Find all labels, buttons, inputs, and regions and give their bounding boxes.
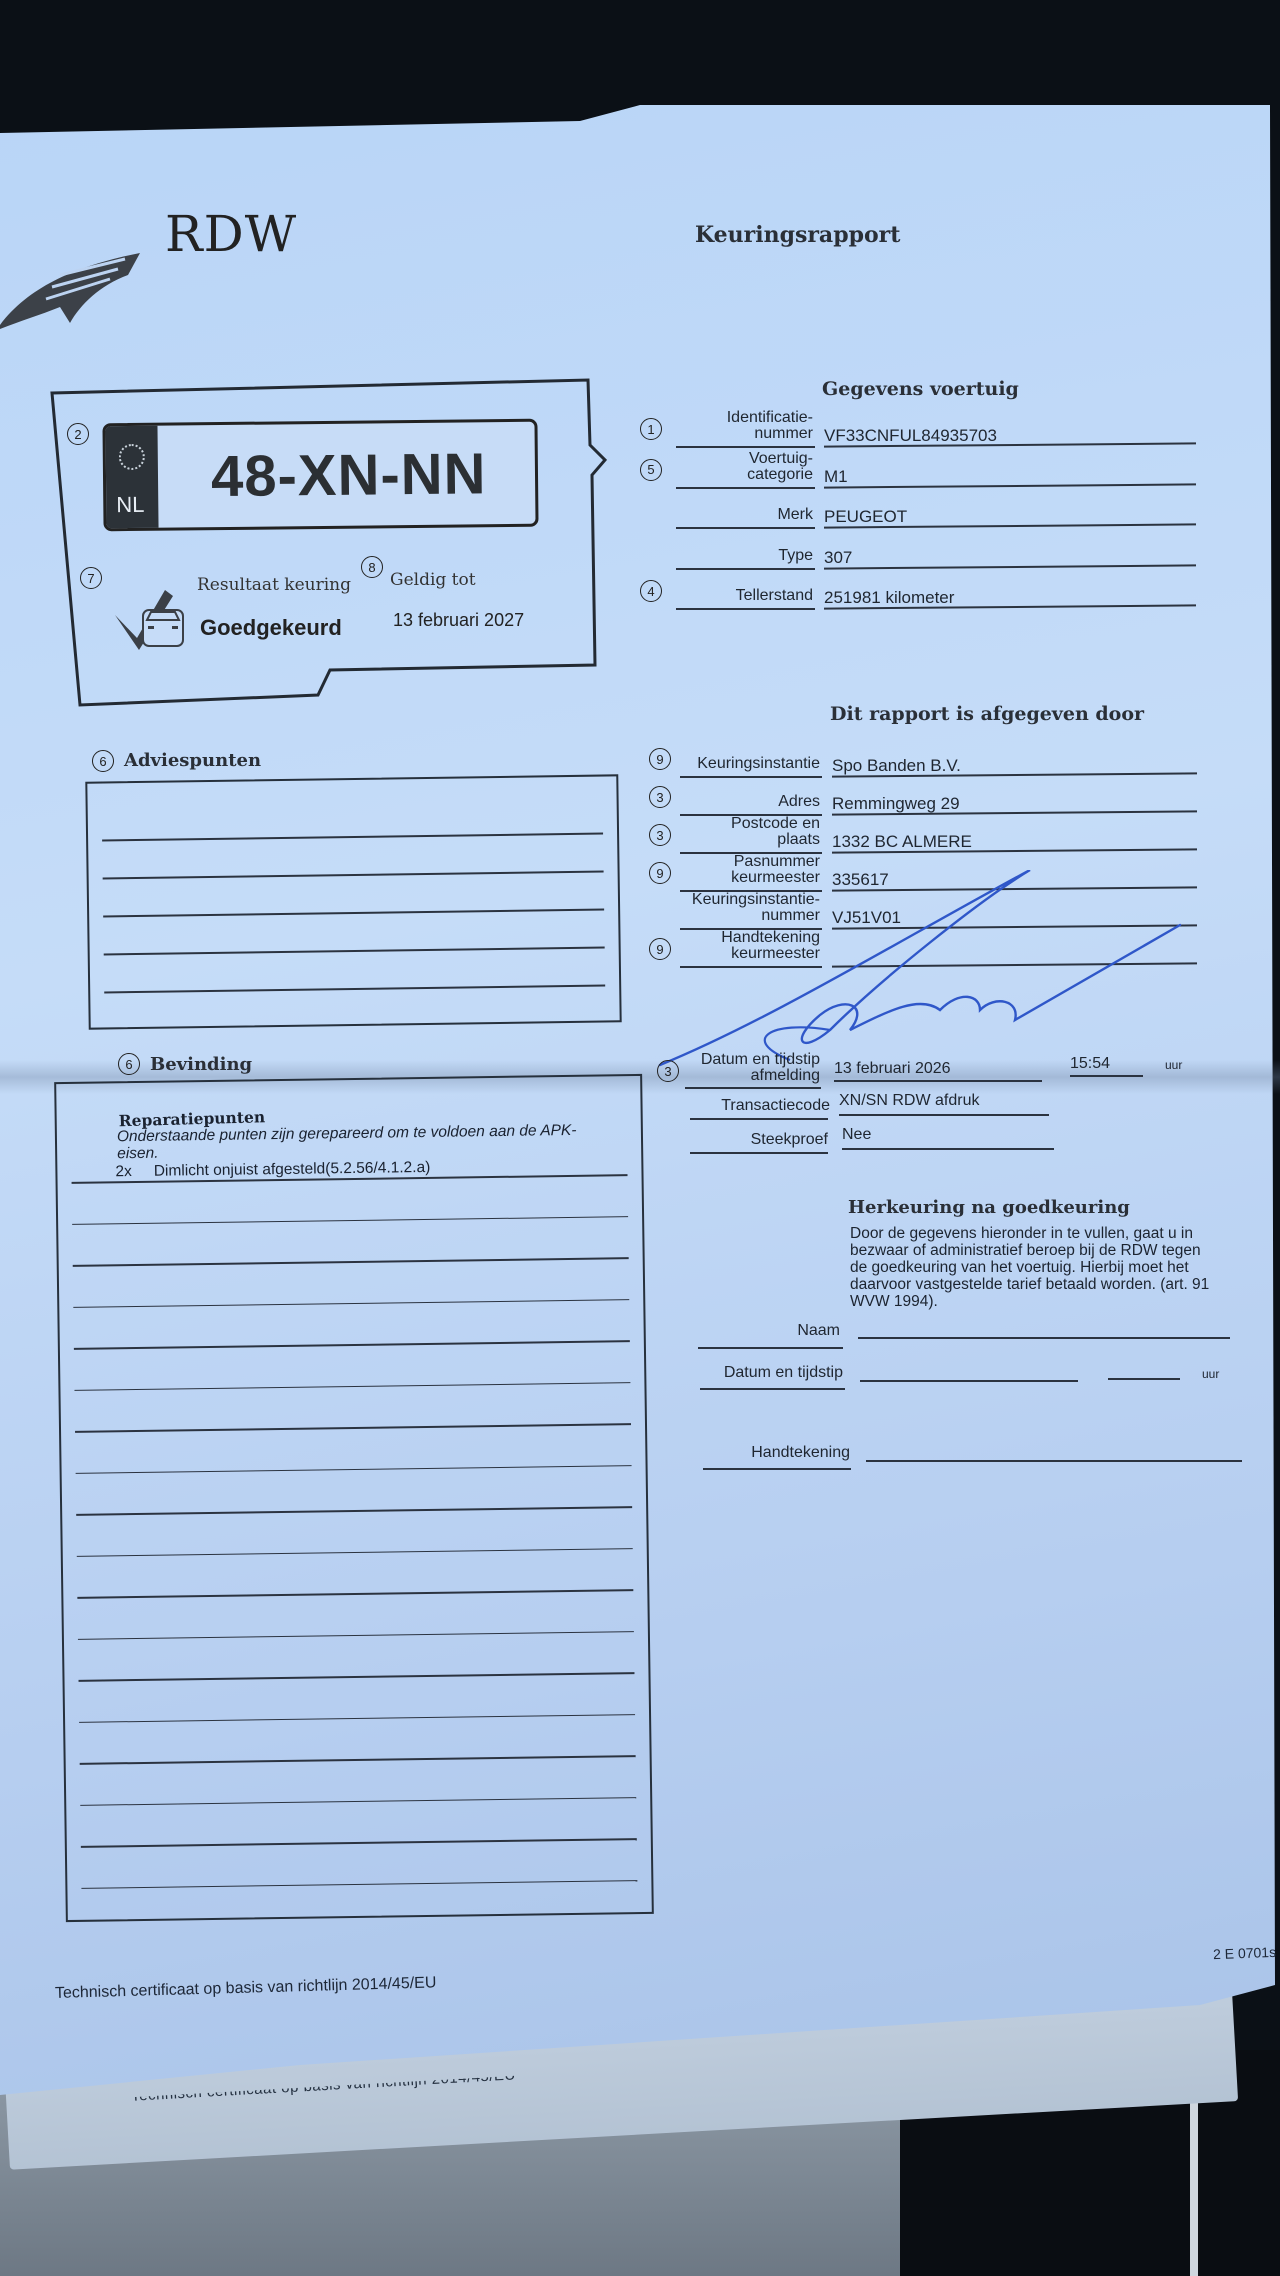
reinspection-datetime-label: Datum en tijdstip xyxy=(690,1365,843,1381)
findings-line xyxy=(73,1257,629,1266)
findings-line xyxy=(74,1340,630,1349)
reinspection-signature-field[interactable] xyxy=(866,1460,1242,1462)
reinspection-time-field[interactable] xyxy=(1108,1378,1180,1380)
issuer-row-marker: 9 xyxy=(649,748,671,770)
vehicle-row-value: VF33CNFUL84935703 xyxy=(824,426,997,446)
report-title: Keuringsrapport xyxy=(695,222,900,248)
findings-box: Reparatiepunten Onderstaande punten zijn… xyxy=(54,1074,654,1922)
vehicle-row-value: PEUGEOT xyxy=(824,507,907,527)
findings-line xyxy=(80,1797,636,1806)
field-underline xyxy=(1070,1075,1143,1077)
issuer-row-label-line2: Keuringsinstantie xyxy=(672,756,820,772)
field-underline xyxy=(690,1118,828,1120)
vehicle-row-label-line1 xyxy=(668,491,813,507)
vehicle-row-label: Type xyxy=(668,532,813,564)
transaction-label: Transactiecode xyxy=(690,1098,830,1114)
field-underline xyxy=(676,527,815,529)
issuer-row-label: Keuringsinstantie xyxy=(672,740,820,772)
findings-line xyxy=(75,1423,631,1432)
vehicle-row-marker: 5 xyxy=(640,459,662,481)
field-underline xyxy=(700,1388,845,1390)
form-code: 2 E 0701s xyxy=(1213,1944,1277,1962)
findings-line xyxy=(79,1672,635,1681)
marker-6-advice: 6 xyxy=(92,750,114,772)
vehicle-row-label-line2: Tellerstand xyxy=(668,588,813,604)
vehicle-row-marker: 4 xyxy=(640,580,662,602)
findings-line xyxy=(76,1506,632,1515)
advice-box xyxy=(85,774,621,1029)
plate-country: NL xyxy=(116,492,144,518)
findings-line xyxy=(76,1465,632,1474)
field-underline xyxy=(676,568,815,570)
reinspection-signature-label: Handtekening xyxy=(695,1445,850,1461)
sample-value: Nee xyxy=(842,1126,871,1144)
field-underline xyxy=(839,1114,1049,1116)
vehicle-row-label: Tellerstand xyxy=(668,572,813,604)
advice-line xyxy=(104,946,605,954)
issuer-row-label-line2: plaats xyxy=(672,832,820,848)
valid-until-value: 13 februari 2027 xyxy=(393,610,524,631)
findings-line xyxy=(81,1838,637,1847)
vehicle-row-label-line1: Identificatie- xyxy=(668,410,813,426)
signed-at-label: Datum en tijdstipafmelding xyxy=(680,1052,820,1084)
issuer-row-marker: 3 xyxy=(649,824,671,846)
issuer-row-label-line1: Pasnummer xyxy=(672,854,820,870)
signed-at-marker: 3 xyxy=(657,1060,679,1082)
field-underline xyxy=(676,446,815,448)
license-plate: NL 48-XN-NN xyxy=(102,419,538,532)
findings-line xyxy=(79,1714,635,1723)
valid-until-label: Geldig tot xyxy=(390,570,476,590)
issuer-row-value: Spo Banden B.V. xyxy=(832,756,961,776)
issuer-row-label-line1: Postcode en xyxy=(672,816,820,832)
findings-title: Bevinding xyxy=(150,1054,252,1075)
vehicle-row-value: 307 xyxy=(824,548,852,568)
issuer-row-label: Postcode enplaats xyxy=(672,816,820,848)
issuer-row-value: Remmingweg 29 xyxy=(832,794,960,814)
vehicle-row-label-line2: Type xyxy=(668,548,813,564)
vehicle-row-value: M1 xyxy=(824,467,848,487)
findings-line xyxy=(72,1216,628,1225)
vehicle-row-label-line1: Voertuig- xyxy=(668,451,813,467)
advice-line xyxy=(104,984,605,992)
marker-8: 8 xyxy=(361,556,383,578)
rdw-logo-text: RDW xyxy=(165,205,297,263)
vehicle-row-label-line2: nummer xyxy=(668,426,813,442)
marker-7: 7 xyxy=(80,567,102,589)
signed-at-label-line2: afmelding xyxy=(680,1068,820,1084)
car-check-icon xyxy=(115,590,190,650)
signed-at-time: 15:54 xyxy=(1070,1055,1110,1073)
field-underline xyxy=(698,1347,843,1349)
field-underline xyxy=(676,608,815,610)
signed-at-unit: uur xyxy=(1165,1058,1182,1072)
field-underline xyxy=(685,1087,821,1089)
reinspection-title: Herkeuring na goedkeuring xyxy=(848,1197,1130,1218)
eu-band: NL xyxy=(105,426,158,529)
reinspection-body: Door de gegevens hieronder in te vullen,… xyxy=(850,1225,1220,1310)
reinspection-date-field[interactable] xyxy=(860,1380,1078,1382)
marker-6-findings: 6 xyxy=(118,1053,140,1075)
findings-line xyxy=(78,1631,634,1640)
vehicle-row-label-line1 xyxy=(668,572,813,588)
eu-stars-icon xyxy=(119,444,145,470)
field-underline xyxy=(690,1152,828,1154)
result-label: Resultaat keuring xyxy=(197,575,351,595)
field-underline xyxy=(842,1148,1054,1150)
advice-title: Adviespunten xyxy=(124,750,261,771)
vehicle-row-marker: 1 xyxy=(640,418,662,440)
findings-line xyxy=(80,1755,636,1764)
plate-number: 48-XN-NN xyxy=(211,440,487,510)
vehicle-row-label: Merk xyxy=(668,491,813,523)
findings-line xyxy=(77,1589,633,1598)
field-underline xyxy=(703,1468,851,1470)
reinspection-unit: uur xyxy=(1202,1367,1219,1381)
findings-line xyxy=(74,1382,630,1391)
advice-line xyxy=(103,909,604,917)
signed-at-date: 13 februari 2026 xyxy=(834,1060,951,1078)
field-underline xyxy=(676,487,815,489)
signed-at-label-line1: Datum en tijdstip xyxy=(680,1052,820,1068)
reinspection-name-label: Naam xyxy=(690,1323,840,1339)
issuer-row-label-line1 xyxy=(672,778,820,794)
advice-line xyxy=(102,833,603,841)
findings-line xyxy=(81,1880,637,1889)
reinspection-name-field[interactable] xyxy=(858,1337,1230,1339)
field-underline xyxy=(834,1080,1042,1082)
sample-label: Steekproef xyxy=(690,1132,828,1148)
rdw-feather-logo-icon xyxy=(0,245,145,330)
result-value: Goedgekeurd xyxy=(200,615,342,641)
issuer-row-label: Adres xyxy=(672,778,820,810)
vehicle-row-label-line2: categorie xyxy=(668,467,813,483)
vehicle-row-value: 251981 kilometer xyxy=(824,588,954,608)
vehicle-row-label: Voertuig-categorie xyxy=(668,451,813,483)
findings-line xyxy=(77,1548,633,1557)
issuer-row-value: 1332 BC ALMERE xyxy=(832,832,972,852)
vehicle-row-label: Identificatie-nummer xyxy=(668,410,813,442)
marker-2: 2 xyxy=(67,423,89,445)
issuer-row-label-line1 xyxy=(672,740,820,756)
vehicle-row-label-line2: Merk xyxy=(668,507,813,523)
vehicle-section-title: Gegevens voertuig xyxy=(822,378,1019,400)
issuer-section-title: Dit rapport is afgegeven door xyxy=(830,703,1144,725)
findings-intro: Onderstaande punten zijn gerepareerd om … xyxy=(117,1122,587,1163)
vehicle-row-label-line1 xyxy=(668,532,813,548)
advice-line xyxy=(103,871,604,879)
transaction-value: XN/SN RDW afdruk xyxy=(839,1092,979,1110)
issuer-row-marker: 3 xyxy=(649,786,671,808)
finding-count: 2x xyxy=(115,1163,132,1180)
issuer-row-label-line2: Adres xyxy=(672,794,820,810)
findings-line xyxy=(73,1299,629,1308)
